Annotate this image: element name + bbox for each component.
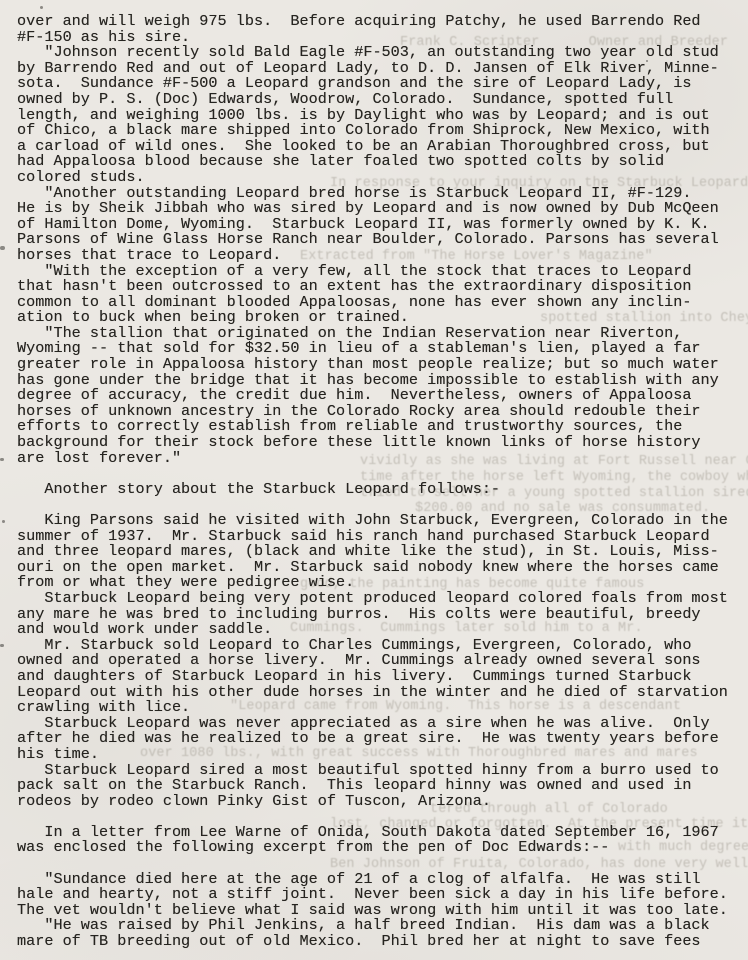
text-line: mare of TB breeding out of old Mexico. P… <box>17 934 744 950</box>
text-layer: over and will weigh 975 lbs. Before acqu… <box>17 14 744 950</box>
scan-artifact <box>646 60 648 62</box>
scan-artifact <box>0 644 4 647</box>
text-line: Another story about the Starbuck Leopard… <box>17 482 744 498</box>
scanned-document-page: Frank C. Scripter Owner and BreederIn re… <box>0 0 748 960</box>
scan-artifact <box>0 246 5 250</box>
text-line: are lost forever." <box>17 451 744 467</box>
text-line: after he died was he realized to be a gr… <box>17 731 744 747</box>
text-line: rodeos by rodeo clown Pinky Gist of Tusc… <box>17 794 744 810</box>
scan-artifact <box>40 6 43 9</box>
scan-artifact <box>2 520 5 523</box>
scan-artifact <box>0 458 4 461</box>
text-line: was enclosed the following excerpt from … <box>17 840 744 856</box>
